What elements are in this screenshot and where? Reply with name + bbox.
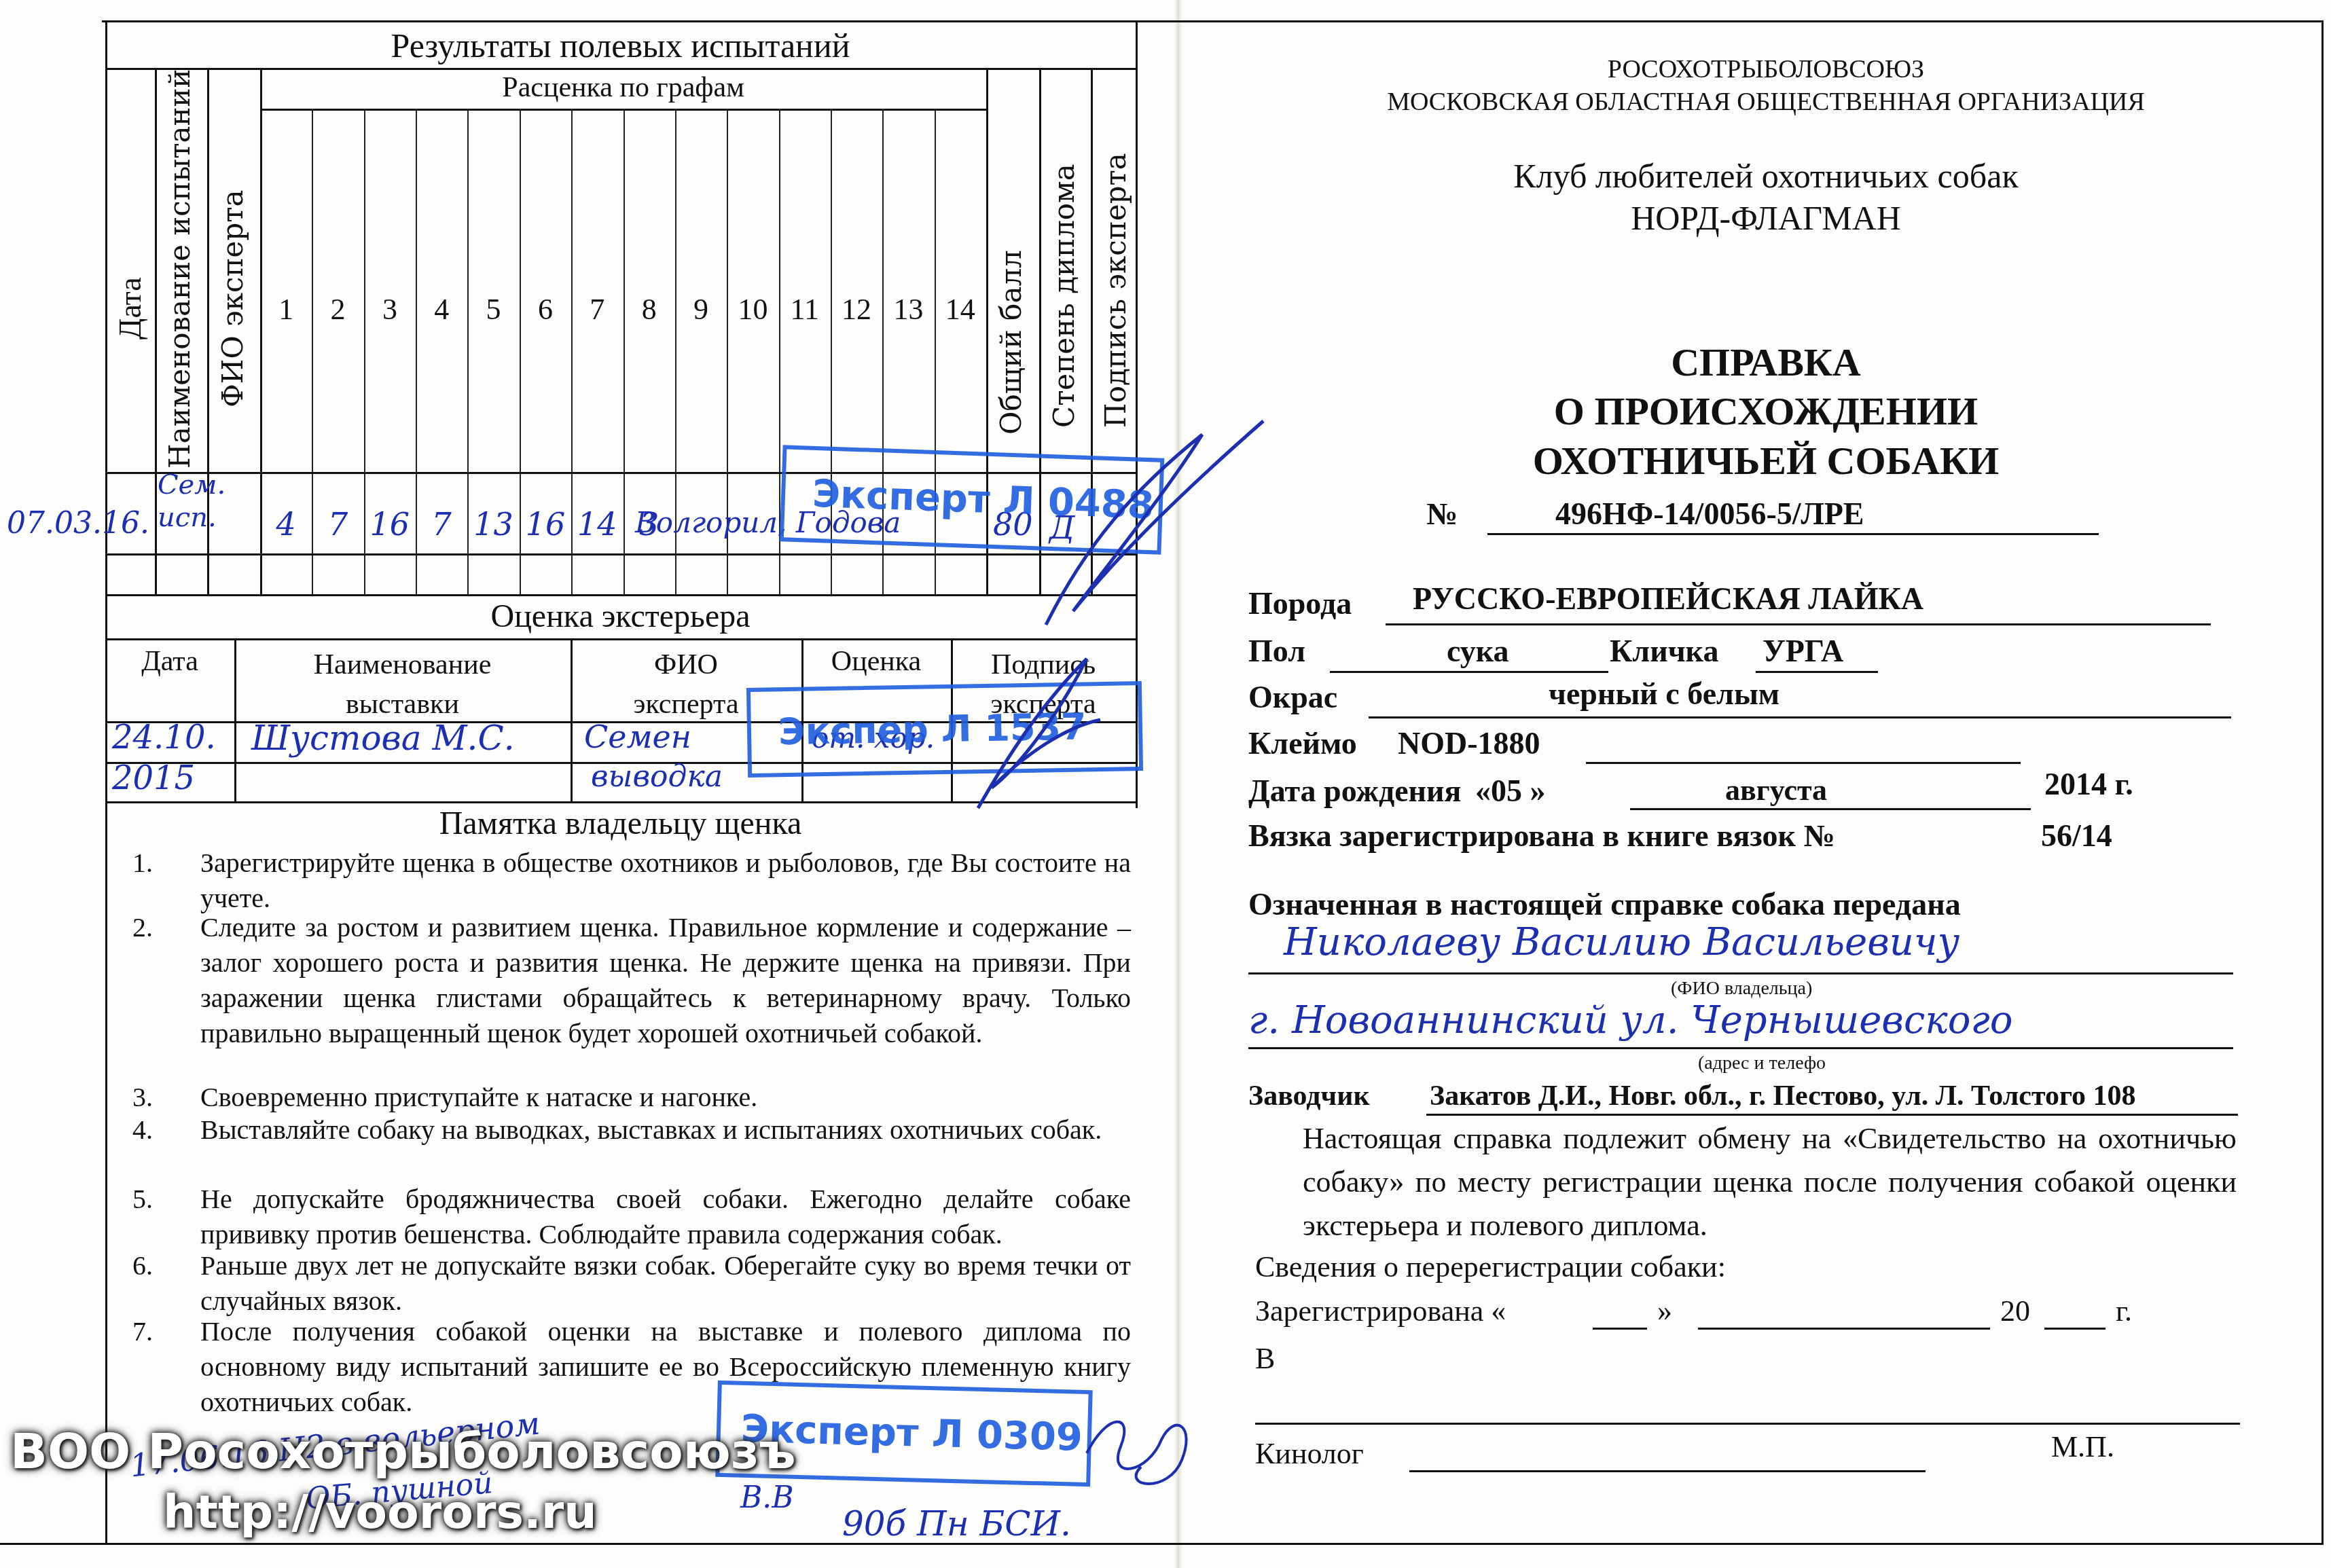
club-name-2: НОРД-ФЛАГМАН bbox=[1257, 198, 2275, 238]
memo-note-3: В.В bbox=[740, 1480, 794, 1515]
exterior-title: Оценка экстерьера bbox=[105, 598, 1136, 635]
memo-item: 2.Следите за ростом и развитием щенка. П… bbox=[132, 910, 1131, 1051]
trial-score: 7 bbox=[416, 506, 467, 543]
memo-item-number: 7. bbox=[132, 1314, 153, 1349]
breeder-label: Заводчик bbox=[1248, 1080, 1370, 1112]
cert-number-label: № bbox=[1426, 496, 1458, 532]
underline bbox=[1426, 1114, 2238, 1116]
memo-item-number: 4. bbox=[132, 1112, 153, 1148]
org-name-2: МОСКОВСКАЯ ОБЛАСТНАЯ ОБЩЕСТВЕННАЯ ОРГАНИ… bbox=[1257, 87, 2275, 117]
score-col-header: 13 bbox=[882, 292, 934, 327]
birth-day: «05 » bbox=[1475, 773, 1546, 809]
score-col-header: 6 bbox=[520, 292, 571, 327]
memo-item: 4.Выставляйте собаку на выводках, выстав… bbox=[132, 1112, 1131, 1148]
color-value: черный с белым bbox=[1549, 676, 1779, 712]
cert-title-3: ОХОТНИЧЬЕЙ СОБАКИ bbox=[1257, 438, 2275, 484]
breed-value: РУССКО-ЕВРОПЕЙСКАЯ ЛАЙКА bbox=[1413, 581, 1923, 617]
scores-header: Расценка по графам bbox=[260, 71, 986, 104]
underline bbox=[1409, 1470, 1926, 1472]
sex-value: сука bbox=[1447, 633, 1509, 669]
cynologist-label: Кинолог bbox=[1255, 1436, 1364, 1471]
score-col-header: 1 bbox=[260, 292, 312, 327]
name-label: Кличка bbox=[1610, 633, 1718, 669]
memo-item-text: Своевременно приступайте к натаске и наг… bbox=[200, 1080, 1131, 1115]
memo-item-text: Следите за ростом и развитием щенка. Пра… bbox=[200, 910, 1131, 1051]
col-header-total: Общий балл bbox=[994, 250, 1028, 435]
color-label: Окрас bbox=[1248, 679, 1337, 715]
underline bbox=[1593, 1328, 1647, 1330]
trial-score: 4 bbox=[260, 506, 312, 543]
ext-header-grade: Оценка bbox=[801, 645, 951, 678]
page-fold bbox=[1174, 0, 1183, 1568]
memo-item: 1.Зарегистрируйте щенка в обществе охотн… bbox=[132, 845, 1131, 916]
underline bbox=[1255, 1423, 2240, 1425]
score-col-header: 5 bbox=[467, 292, 519, 327]
watermark-title: ВОО Росохотрыболовсоюзъ bbox=[10, 1423, 796, 1480]
memo-item-text: Не допускайте бродяжничества своей собак… bbox=[200, 1182, 1131, 1252]
cert-title-2: О ПРОИСХОЖДЕНИИ bbox=[1257, 388, 2275, 434]
bottom-border bbox=[0, 1543, 2323, 1545]
ext-show-name: Шустова М.С. bbox=[251, 718, 515, 758]
trial-score: 13 bbox=[467, 506, 519, 543]
right-border bbox=[2321, 20, 2324, 1545]
underline bbox=[1487, 533, 2099, 535]
trial-name: Сем. исп. bbox=[158, 469, 212, 534]
birth-month: августа bbox=[1725, 773, 1827, 807]
registered-mid: » bbox=[1657, 1294, 1672, 1328]
owner-address: г. Новоаннинский ул. Чернышевского bbox=[1248, 998, 2012, 1042]
trial-date: 07.03.16. bbox=[7, 506, 149, 541]
score-col-header: 10 bbox=[727, 292, 778, 327]
ext-header-show-1: Наименование bbox=[234, 645, 571, 685]
score-col-header: 14 bbox=[935, 292, 986, 327]
score-col-header: 3 bbox=[364, 292, 416, 327]
memo-signature bbox=[1080, 1399, 1202, 1501]
birth-label: Дата рождения bbox=[1248, 773, 1462, 809]
memo-item: 6.Раньше двух лет не допускайте вязки со… bbox=[132, 1248, 1131, 1319]
cert-title-1: СПРАВКА bbox=[1257, 340, 2275, 385]
memo-title: Памятка владельцу щенка bbox=[105, 805, 1136, 842]
memo-item-number: 2. bbox=[132, 910, 153, 945]
mating-number: 56/14 bbox=[2041, 818, 2112, 854]
memo-item-text: Зарегистрируйте щенка в обществе охотник… bbox=[200, 845, 1131, 916]
col-line bbox=[155, 68, 157, 594]
memo-item: 5.Не допускайте бродяжничества своей соб… bbox=[132, 1182, 1131, 1252]
trial-score: 16 bbox=[364, 506, 416, 543]
owner-caption: (ФИО владельца) bbox=[1671, 978, 1812, 1000]
brand-label: Клеймо bbox=[1248, 725, 1357, 761]
underline bbox=[1248, 972, 2233, 974]
ext-expert-2: выводка bbox=[591, 759, 723, 794]
col-header-signature: Подпись эксперта bbox=[1099, 153, 1132, 428]
registered-suffix: г. bbox=[2116, 1294, 2132, 1328]
score-col-header: 7 bbox=[571, 292, 623, 327]
birth-year: 2014 г. bbox=[2044, 766, 2133, 802]
trial-score: 14 bbox=[571, 506, 623, 543]
memo-item-number: 6. bbox=[132, 1248, 153, 1283]
underline bbox=[1369, 716, 2231, 718]
left-border bbox=[105, 20, 107, 1545]
underline bbox=[1386, 623, 2211, 625]
trial-score: 16 bbox=[520, 506, 571, 543]
underline bbox=[1248, 1047, 2233, 1049]
score-col-header: 8 bbox=[624, 292, 675, 327]
ext-header-show: Наименование выставки bbox=[234, 645, 571, 724]
ext-date-1: 24.10. bbox=[112, 718, 216, 756]
score-col-header: 12 bbox=[831, 292, 882, 327]
rereg-label: Сведения о перерегистрации собаки: bbox=[1255, 1250, 1726, 1284]
divider bbox=[105, 594, 1136, 596]
in-label: В bbox=[1255, 1341, 1275, 1376]
trial-score: 7 bbox=[312, 506, 363, 543]
ext-date-2: 2015 bbox=[112, 759, 195, 797]
mating-label: Вязка зарегистрирована в книге вязок № bbox=[1248, 818, 1835, 854]
brand-value: NOD-1880 bbox=[1398, 725, 1540, 761]
memo-item-number: 1. bbox=[132, 845, 153, 881]
watermark-url[interactable]: http://voorors.ru bbox=[163, 1486, 597, 1539]
breeder-value: Закатов Д.И., Новг. обл., г. Пестово, ул… bbox=[1430, 1080, 2136, 1112]
underline bbox=[1756, 671, 1878, 673]
memo-item: 3.Своевременно приступайте к натаске и н… bbox=[132, 1080, 1131, 1115]
underline bbox=[1698, 1328, 1990, 1330]
ext-header-expert-1: ФИО bbox=[571, 645, 801, 685]
memo-item-number: 5. bbox=[132, 1182, 153, 1217]
col-header-diploma: Степень диплома bbox=[1047, 164, 1081, 428]
underline bbox=[1630, 808, 2031, 810]
memo-item-text: Раньше двух лет не допускайте вязки соба… bbox=[200, 1248, 1131, 1319]
underline bbox=[1586, 762, 2021, 764]
score-col-header: 4 bbox=[416, 292, 467, 327]
registered-year: 20 bbox=[2000, 1294, 2030, 1328]
col-header-date: Дата bbox=[112, 277, 148, 340]
field-trials-title: Результаты полевых испытаний bbox=[105, 26, 1136, 65]
breed-label: Порода bbox=[1248, 585, 1352, 621]
owner-name: Николаеву Василию Васильевичу bbox=[1284, 920, 1959, 964]
score-col-header: 11 bbox=[779, 292, 831, 327]
address-caption: (адрес и телефо bbox=[1698, 1053, 1826, 1074]
transferred-label: Означенная в настоящей справке собака пе… bbox=[1248, 886, 1961, 922]
divider bbox=[105, 553, 1136, 555]
underline bbox=[1330, 671, 1608, 673]
col-header-expert: ФИО эксперта bbox=[216, 189, 249, 407]
col-header-trial-name: Наименование испытаний bbox=[163, 69, 196, 469]
org-name-1: РОСОХОТРЫБОЛОВСОЮЗ bbox=[1257, 54, 2275, 84]
score-col-header: 9 bbox=[675, 292, 727, 327]
exterior-signature bbox=[964, 652, 1114, 815]
memo-item-number: 3. bbox=[132, 1080, 153, 1115]
seal-label: М.П. bbox=[2051, 1429, 2114, 1464]
ext-expert-1: Семен bbox=[584, 718, 691, 755]
score-col-header: 2 bbox=[312, 292, 363, 327]
registered-label: Зарегистрирована « bbox=[1255, 1294, 1506, 1328]
underline bbox=[2044, 1328, 2106, 1330]
cert-number: 496НФ-14/0056-5/ЛРЕ bbox=[1555, 496, 1864, 532]
ext-header-date: Дата bbox=[105, 645, 234, 678]
divider bbox=[105, 638, 1136, 640]
name-value: УРГА bbox=[1763, 633, 1843, 669]
sex-label: Пол bbox=[1248, 633, 1305, 669]
top-border bbox=[102, 20, 2323, 22]
notice-text: Настоящая справка подлежит обмену на «Св… bbox=[1303, 1117, 2237, 1247]
memo-item-text: Выставляйте собаку на выводках, выставка… bbox=[200, 1112, 1131, 1148]
club-name-1: Клуб любителей охотничьих собак bbox=[1257, 156, 2275, 196]
memo-note-4: 90б Пн БСИ. bbox=[842, 1504, 1071, 1544]
